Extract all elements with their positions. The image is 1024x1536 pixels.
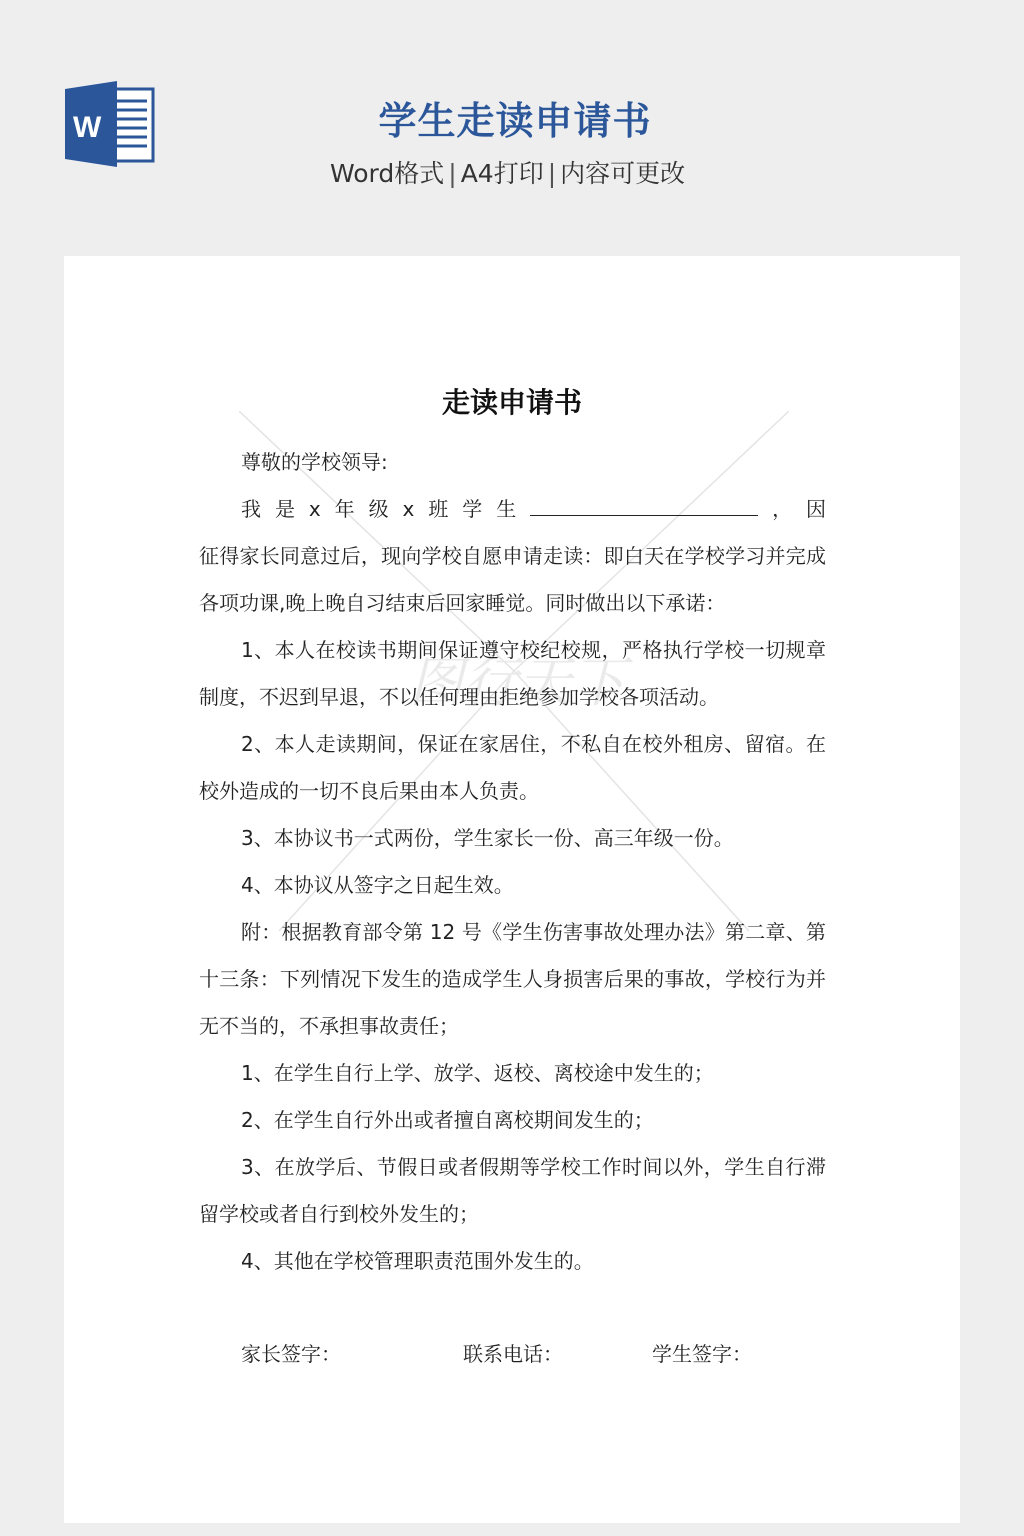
intro-char: 年 bbox=[335, 486, 355, 533]
intro-char: x bbox=[403, 486, 415, 533]
intro-char: 班 bbox=[428, 486, 448, 533]
appendix-item: 4、其他在学校管理职责范围外发生的。 bbox=[199, 1238, 826, 1285]
intro-char: x bbox=[309, 486, 321, 533]
intro-char: 我 bbox=[241, 486, 261, 533]
print-label: A4打印 bbox=[461, 159, 544, 188]
phone-label: 联系电话： bbox=[463, 1331, 563, 1378]
header-subtitle: Word格式|A4打印|内容可更改 bbox=[330, 154, 780, 190]
intro-char: 生 bbox=[496, 486, 516, 533]
intro-char: 学 bbox=[462, 486, 482, 533]
editable-label: 内容可更改 bbox=[560, 159, 685, 188]
appendix-item: 1、在学生自行上学、放学、返校、离校途中发生的； bbox=[199, 1050, 826, 1097]
appendix-paragraph: 附：根据教育部令第 12 号《学生伤害事故处理办法》第二章、第十三条：下列情况下… bbox=[199, 909, 826, 1050]
commitment-item: 1、本人在校读书期间保证遵守校纪校规，严格执行学校一切规章制度，不迟到早退，不以… bbox=[199, 627, 826, 721]
student-signature-label: 学生签字： bbox=[652, 1331, 752, 1378]
intro-comma: ， bbox=[772, 486, 792, 533]
commitment-item: 2、本人走读期间，保证在家居住，不私自在校外租房、留宿。在校外造成的一切不良后果… bbox=[199, 721, 826, 815]
intro-char: 级 bbox=[369, 486, 389, 533]
document-title: 走读申请书 bbox=[64, 381, 960, 421]
appendix-item: 2、在学生自行外出或者擅自离校期间发生的； bbox=[199, 1097, 826, 1144]
document-page: 图行天下 走读申请书 尊敬的学校领导: 我 是 x 年 级 x 班 学 生 ， … bbox=[64, 256, 960, 1523]
word-doc-icon: W bbox=[65, 81, 155, 167]
svg-text:W: W bbox=[73, 111, 102, 144]
intro-char: 是 bbox=[275, 486, 295, 533]
appendix-item: 3、在放学后、节假日或者假期等学校工作时间以外，学生自行滞留学校或者自行到校外发… bbox=[199, 1144, 826, 1238]
salutation: 尊敬的学校领导: bbox=[199, 439, 826, 486]
name-blank-field[interactable] bbox=[530, 493, 758, 516]
separator: | bbox=[544, 159, 560, 188]
intro-line: 我 是 x 年 级 x 班 学 生 ， 因 bbox=[199, 486, 826, 533]
document-body: 尊敬的学校领导: 我 是 x 年 级 x 班 学 生 ， 因 征得家长同意过后，… bbox=[199, 439, 826, 1285]
header-title: 学生走读申请书 bbox=[330, 90, 700, 145]
format-label: Word格式 bbox=[330, 159, 444, 188]
intro-paragraph: 征得家长同意过后，现向学校自愿申请走读：即白天在学校学习并完成各项功课,晚上晚自… bbox=[199, 533, 826, 627]
parent-signature-label: 家长签字： bbox=[241, 1331, 341, 1378]
commitment-item: 4、本协议从签字之日起生效。 bbox=[199, 862, 826, 909]
intro-char: 因 bbox=[806, 486, 826, 533]
commitment-item: 3、本协议书一式两份，学生家长一份、高三年级一份。 bbox=[199, 815, 826, 862]
separator: | bbox=[444, 159, 460, 188]
